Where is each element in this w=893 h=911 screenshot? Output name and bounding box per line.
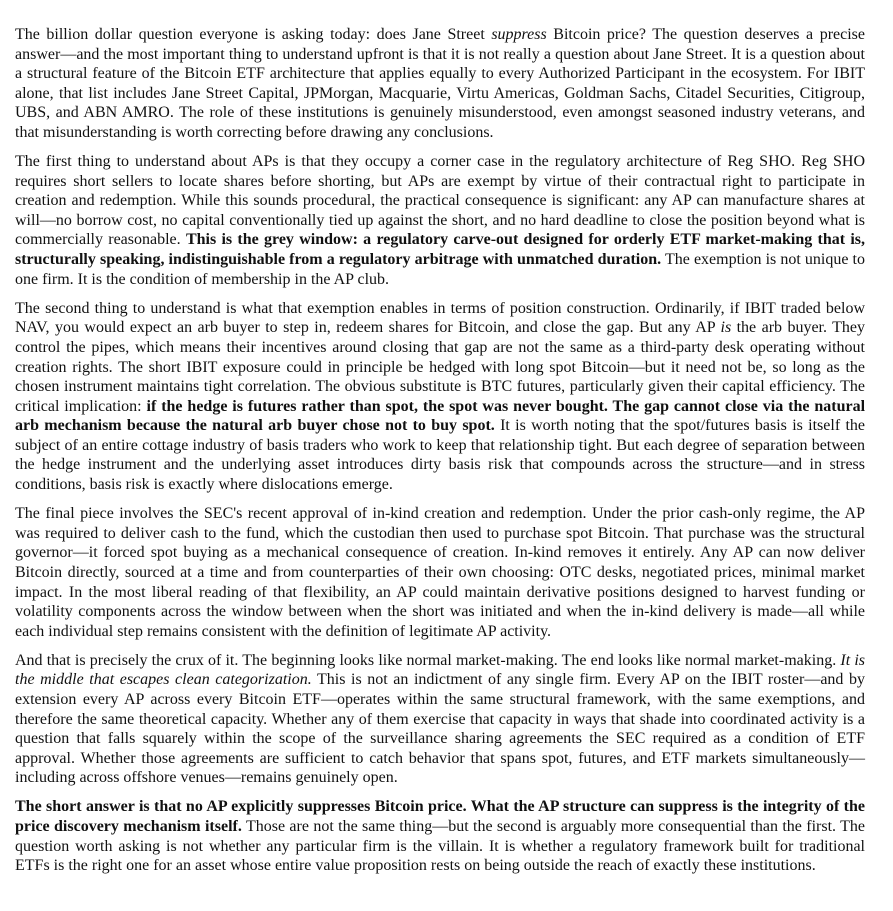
emphasis-text: suppress xyxy=(491,26,546,43)
text-segment: The final piece involves the SEC's recen… xyxy=(15,505,865,640)
paragraph-conclusion: The short answer is that no AP explicitl… xyxy=(15,797,865,875)
emphasis-text: is xyxy=(721,319,732,336)
paragraph-position-construction: The second thing to understand is what t… xyxy=(15,299,865,495)
text-segment: The billion dollar question everyone is … xyxy=(15,26,491,43)
text-segment: This is not an indictment of any single … xyxy=(15,671,865,786)
text-segment: Bitcoin price? The question deserves a p… xyxy=(15,26,865,141)
paragraph-reg-sho: The first thing to understand about APs … xyxy=(15,152,865,289)
text-segment: And that is precisely the crux of it. Th… xyxy=(15,652,840,669)
article-body: The billion dollar question everyone is … xyxy=(15,25,865,885)
paragraph-crux: And that is precisely the crux of it. Th… xyxy=(15,651,865,788)
paragraph-intro: The billion dollar question everyone is … xyxy=(15,25,865,143)
paragraph-in-kind: The final piece involves the SEC's recen… xyxy=(15,504,865,641)
